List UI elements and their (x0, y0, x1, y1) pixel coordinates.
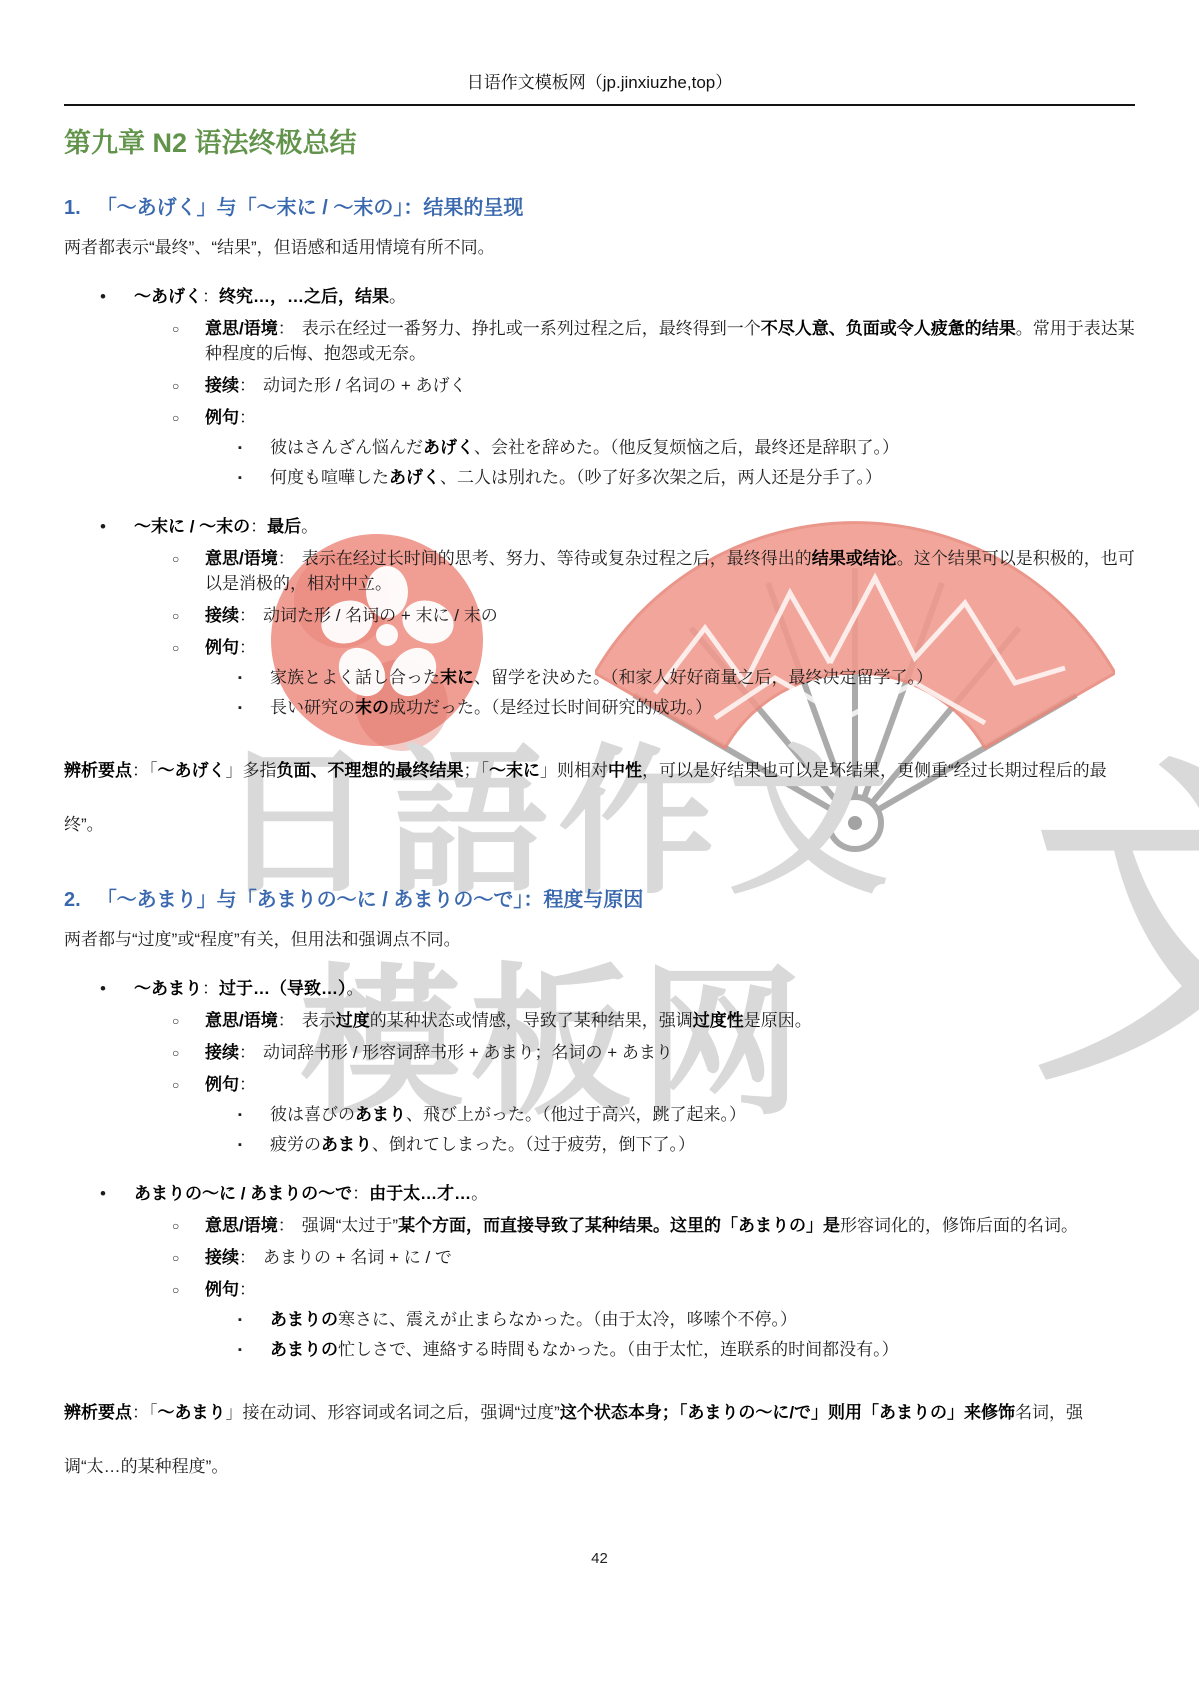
example-item: ▪ 彼は喜びのあまり、飛び上がった。（他过于高兴，跳了起来。） (64, 1102, 1135, 1127)
colon-separator: ： (239, 1280, 256, 1299)
sections: 1.「〜あげく」与「〜末に / 〜末の」：结果的呈现 两者都表示“最终”、“结果… (64, 194, 1135, 1494)
sub-list: ○ 意思/语境：表示在经过一番努力、挣扎或一系列过程之后，最终得到一个不尽人意、… (64, 316, 1135, 490)
sub-label: 接续 (205, 1043, 239, 1062)
sub-label: 例句 (205, 1280, 239, 1299)
sub-item: ○ 意思/语境：表示过度的某种状态或情感，导致了某种结果，强调过度性是原因。 (64, 1008, 1135, 1033)
colon-separator: ： (239, 638, 256, 657)
sub-item: ○ 接续：动词辞书形 / 形容词辞书形 + あまり；名词の + あまり (64, 1040, 1135, 1065)
sub-list: ○ 意思/语境：表示过度的某种状态或情感，导致了某种结果，强调过度性是原因。 ○… (64, 1008, 1135, 1157)
colon-separator: ： (278, 549, 295, 568)
circle-bullet-icon: ○ (172, 1073, 205, 1098)
example-item: ▪ 彼はさんざん悩んだあげく、会社を辞めた。（他反复烦恼之后，最终还是辞职了。） (64, 435, 1135, 460)
example-item: ▪ 長い研究の末の成功だった。（是经过长时间研究的成功。） (64, 695, 1135, 720)
section-summary: 辨析要点：「〜あまり」接在动词、形容词或名词之后，强调“过度”这个状态本身；「あ… (64, 1386, 1135, 1494)
grammar-point: • 〜あまり：过于…（导致…）。 (64, 976, 1135, 1001)
circle-bullet-icon: ○ (172, 1278, 205, 1303)
sub-item: ○ 意思/语境：表示在经过长时间的思考、努力、等待或复杂过程之后，最终得出的结果… (64, 546, 1135, 596)
grammar-term: あまりの〜に / あまりの〜で：由于太…才…。 (134, 1181, 1135, 1206)
sub-text: 意思/语境：强调“太过于”某个方面，而直接导致了某种结果。这里的「あまりの」是形… (205, 1213, 1135, 1238)
grammar-section: 2.「〜あまり」与「あまりの〜に / あまりの〜で」：程度与原因 两者都与“过度… (64, 886, 1135, 1494)
circle-bullet-icon: ○ (172, 1246, 205, 1271)
sub-label: 接续 (205, 606, 239, 625)
sub-label: 接续 (205, 376, 239, 395)
sub-item: ○ 接续：动词た形 / 名词の + あげく (64, 373, 1135, 398)
colon-separator: ： (239, 606, 256, 625)
sub-text: 意思/语境：表示过度的某种状态或情感，导致了某种结果，强调过度性是原因。 (205, 1008, 1135, 1033)
square-bullet-icon: ▪ (238, 436, 270, 461)
example-text: 彼はさんざん悩んだあげく、会社を辞めた。（他反复烦恼之后，最终还是辞职了。） (270, 435, 1135, 460)
dot-bullet-icon: • (100, 514, 134, 539)
circle-bullet-icon: ○ (172, 1214, 205, 1239)
colon-separator: ： (239, 1075, 256, 1094)
sub-item: ○ 接续：动词た形 / 名词の + 末に / 末の (64, 603, 1135, 628)
circle-bullet-icon: ○ (172, 636, 205, 661)
sub-item: ○ 接续：あまりの + 名词 + に / で (64, 1245, 1135, 1270)
sub-text: 接续：动词た形 / 名词の + あげく (205, 373, 1135, 398)
section-title: 「〜あげく」与「〜末に / 〜末の」：结果的呈现 (97, 197, 524, 219)
document-page: 日語作文 模板网 文 日语作文模板网（jp.jinxiuzhe,top） 第九章… (0, 0, 1199, 1696)
example-text: あまりの寒さに、震えが止まらなかった。（由于太冷，哆嗦个不停。） (270, 1307, 1135, 1332)
sub-body: 表示在经过一番努力、挣扎或一系列过程之后，最终得到一个不尽人意、负面或令人疲惫的… (205, 319, 1135, 363)
example-text: 何度も喧嘩したあげく、二人は別れた。（吵了好多次架之后，两人还是分手了。） (270, 465, 1135, 490)
section-heading: 1.「〜あげく」与「〜末に / 〜末の」：结果的呈现 (64, 194, 1135, 222)
grammar-term: 〜末に / 〜末の：最后。 (134, 514, 1135, 539)
example-text: あまりの忙しさで、連絡する時間もなかった。（由于太忙，连联系的时间都没有。） (270, 1337, 1135, 1362)
example-item: ▪ 家族とよく話し合った末に、留学を決めた。（和家人好好商量之后，最终决定留学了… (64, 665, 1135, 690)
sub-item: ○ 意思/语境：表示在经过一番努力、挣扎或一系列过程之后，最终得到一个不尽人意、… (64, 316, 1135, 366)
square-bullet-icon: ▪ (238, 696, 270, 721)
sub-text: 接续：动词辞书形 / 形容词辞书形 + あまり；名词の + あまり (205, 1040, 1135, 1065)
sub-item: ○ 例句： (64, 405, 1135, 430)
example-text: 疲労のあまり、倒れてしまった。（过于疲劳，倒下了。） (270, 1132, 1135, 1157)
square-bullet-icon: ▪ (238, 666, 270, 691)
example-item: ▪ あまりの寒さに、震えが止まらなかった。（由于太冷，哆嗦个不停。） (64, 1307, 1135, 1332)
grammar-point: • 〜末に / 〜末の：最后。 (64, 514, 1135, 539)
example-item: ▪ 何度も喧嘩したあげく、二人は別れた。（吵了好多次架之后，两人还是分手了。） (64, 465, 1135, 490)
circle-bullet-icon: ○ (172, 547, 205, 597)
circle-bullet-icon: ○ (172, 604, 205, 629)
sub-item: ○ 例句： (64, 1072, 1135, 1097)
section-summary: 辨析要点：「〜あげく」多指负面、不理想的最终结果；「〜末に」则相对中性，可以是好… (64, 744, 1135, 852)
sub-item: ○ 例句： (64, 635, 1135, 660)
grammar-point: • あまりの〜に / あまりの〜で：由于太…才…。 (64, 1181, 1135, 1206)
sub-list: ○ 意思/语境：强调“太过于”某个方面，而直接导致了某种结果。这里的「あまりの」… (64, 1213, 1135, 1362)
section-title: 「〜あまり」与「あまりの〜に / あまりの〜で」：程度与原因 (97, 889, 644, 911)
sub-body: 表示在经过长时间的思考、努力、等待或复杂过程之后，最终得出的结果或结论。这个结果… (205, 549, 1135, 593)
sub-label: 意思/语境 (205, 1011, 278, 1030)
section-number: 2. (64, 889, 81, 911)
chapter-title: 第九章 N2 语法终极总结 (64, 126, 1135, 160)
section-intro: 两者都表示“最终”、“结果”，但语感和适用情境有所不同。 (64, 235, 1135, 260)
example-text: 長い研究の末の成功だった。（是经过长时间研究的成功。） (270, 695, 1135, 720)
example-text: 彼は喜びのあまり、飛び上がった。（他过于高兴，跳了起来。） (270, 1102, 1135, 1127)
sub-item: ○ 例句： (64, 1277, 1135, 1302)
section-number: 1. (64, 197, 81, 219)
circle-bullet-icon: ○ (172, 317, 205, 367)
dot-bullet-icon: • (100, 1181, 134, 1206)
square-bullet-icon: ▪ (238, 1308, 270, 1333)
grammar-section: 1.「〜あげく」与「〜末に / 〜末の」：结果的呈现 两者都表示“最终”、“结果… (64, 194, 1135, 852)
square-bullet-icon: ▪ (238, 466, 270, 491)
sub-body: 强调“太过于”某个方面，而直接导致了某种结果。这里的「あまりの」是形容词化的，修… (302, 1216, 1078, 1235)
circle-bullet-icon: ○ (172, 406, 205, 431)
bullet-list: • 〜あげく：终究…，…之后，结果。 ○ 意思/语境：表示在经过一番努力、挣扎或… (64, 284, 1135, 720)
colon-separator: ： (239, 408, 256, 427)
bullet-list: • 〜あまり：过于…（导致…）。 ○ 意思/语境：表示过度的某种状态或情感，导致… (64, 976, 1135, 1362)
sub-label: 意思/语境 (205, 549, 278, 568)
sub-item: ○ 意思/语境：强调“太过于”某个方面，而直接导致了某种结果。这里的「あまりの」… (64, 1213, 1135, 1238)
grammar-term: 〜あまり：过于…（导致…）。 (134, 976, 1135, 1001)
sub-list: ○ 意思/语境：表示在经过长时间的思考、努力、等待或复杂过程之后，最终得出的结果… (64, 546, 1135, 720)
colon-separator: ： (278, 1216, 295, 1235)
sub-label: 意思/语境 (205, 1216, 278, 1235)
sub-body: 动词た形 / 名词の + 末に / 末の (263, 606, 498, 625)
colon-separator: ： (239, 1043, 256, 1062)
header-rule (64, 104, 1135, 106)
colon-separator: ： (239, 1248, 256, 1267)
sub-label: 接续 (205, 1248, 239, 1267)
sub-body: 动词た形 / 名词の + あげく (263, 376, 467, 395)
sub-body: 动词辞书形 / 形容词辞书形 + あまり；名词の + あまり (263, 1043, 673, 1062)
sub-text: 意思/语境：表示在经过长时间的思考、努力、等待或复杂过程之后，最终得出的结果或结… (205, 546, 1135, 596)
sub-text: 接续：あまりの + 名词 + に / で (205, 1245, 1135, 1270)
sub-text: 接续：动词た形 / 名词の + 末に / 末の (205, 603, 1135, 628)
page-number: 42 (0, 1550, 1199, 1567)
colon-separator: ： (239, 376, 256, 395)
example-text: 家族とよく話し合った末に、留学を決めた。（和家人好好商量之后，最终决定留学了。） (270, 665, 1135, 690)
grammar-term: 〜あげく：终究…，…之后，结果。 (134, 284, 1135, 309)
colon-separator: ： (278, 319, 295, 338)
dot-bullet-icon: • (100, 284, 134, 309)
sub-text: 例句： (205, 635, 1135, 660)
sub-text: 例句： (205, 1072, 1135, 1097)
section-intro: 两者都与“过度”或“程度”有关，但用法和强调点不同。 (64, 927, 1135, 952)
page-header: 日语作文模板网（jp.jinxiuzhe,top） (64, 0, 1135, 106)
section-heading: 2.「〜あまり」与「あまりの〜に / あまりの〜で」：程度与原因 (64, 886, 1135, 914)
example-item: ▪ あまりの忙しさで、連絡する時間もなかった。（由于太忙，连联系的时间都没有。） (64, 1337, 1135, 1362)
example-item: ▪ 疲労のあまり、倒れてしまった。（过于疲劳，倒下了。） (64, 1132, 1135, 1157)
circle-bullet-icon: ○ (172, 1041, 205, 1066)
square-bullet-icon: ▪ (238, 1338, 270, 1363)
dot-bullet-icon: • (100, 976, 134, 1001)
sub-label: 意思/语境 (205, 319, 278, 338)
sub-label: 例句 (205, 638, 239, 657)
colon-separator: ： (278, 1011, 295, 1030)
square-bullet-icon: ▪ (238, 1133, 270, 1158)
square-bullet-icon: ▪ (238, 1103, 270, 1128)
sub-text: 例句： (205, 405, 1135, 430)
sub-text: 意思/语境：表示在经过一番努力、挣扎或一系列过程之后，最终得到一个不尽人意、负面… (205, 316, 1135, 366)
grammar-point: • 〜あげく：终究…，…之后，结果。 (64, 284, 1135, 309)
circle-bullet-icon: ○ (172, 374, 205, 399)
header-site-title: 日语作文模板网（jp.jinxiuzhe,top） (64, 0, 1135, 94)
sub-label: 例句 (205, 1075, 239, 1094)
sub-body: 表示过度的某种状态或情感，导致了某种结果，强调过度性是原因。 (302, 1011, 812, 1030)
sub-label: 例句 (205, 408, 239, 427)
sub-text: 例句： (205, 1277, 1135, 1302)
circle-bullet-icon: ○ (172, 1009, 205, 1034)
sub-body: あまりの + 名词 + に / で (263, 1248, 452, 1267)
